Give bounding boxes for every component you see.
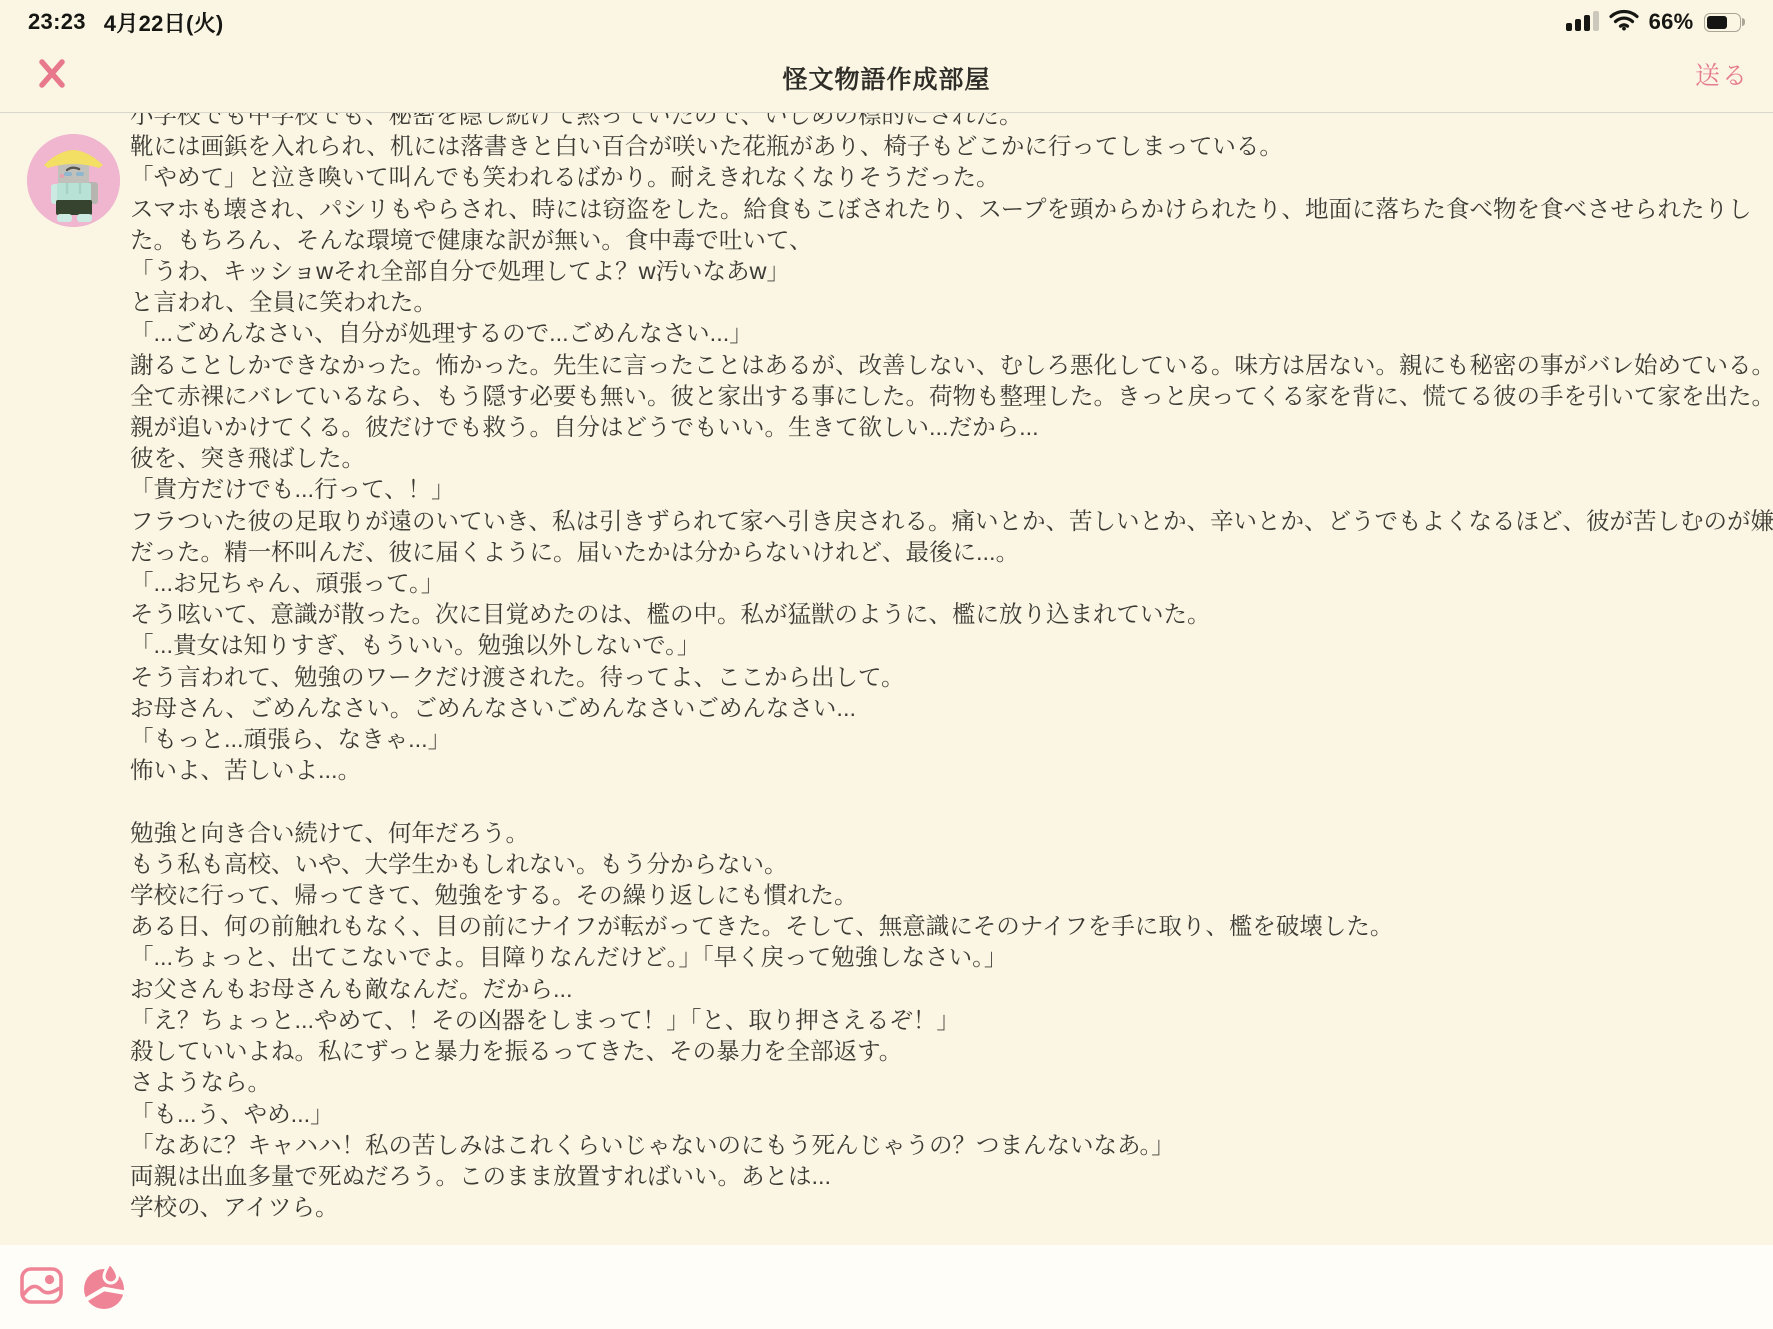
stamp-icon [81,1262,129,1313]
story-line: 小学校でも中学校でも、秘密を隠し続けて黙っていたので、いじめの標的にされた。 [130,112,1765,131]
story-line: 「やめて」と泣き喚いて叫んでも笑われるばかり。耐えきれなくなりそうだった。 [130,162,1765,193]
story-line: 「うわ、キッショwそれ全部自分で処理してよ？w汚いなあw」 [130,256,1765,287]
story-line: 「え？ちょっと...やめて、！その凶器をしまって！」「と、取り押さえるぞ！」 [130,1005,1765,1036]
bottom-toolbar [0,1245,1773,1329]
story-line: お母さん、ごめんなさい。ごめんなさいごめんなさいごめんなさい... [130,693,1765,724]
story-line: と言われ、全員に笑われた。 [130,287,1765,318]
story-line: スマホも壊され、パシリもやらされ、時には窃盗をした。給食もこぼされたり、スープを… [130,194,1765,225]
clock: 23:23 [28,9,86,35]
story-line: もう私も高校、いや、大学生かもしれない。もう分からない。 [130,849,1765,880]
close-icon [35,56,69,93]
story-line: さようなら。 [130,1067,1765,1098]
story-text[interactable]: 小学校でも中学校でも、秘密を隠し続けて黙っていたので、いじめの標的にされた。靴に… [130,113,1765,1223]
story-line: た。もちろん、そんな環境で健康な訳が無い。食中毒で吐いて、 [130,225,1765,256]
story-line: そう呟いて、意識が散った。次に目覚めたのは、檻の中。私が猛獣のように、檻に放り込… [130,599,1765,630]
story-line: だった。精一杯叫んだ、彼に届くように。届いたかは分からないけれど、最後に...。 [130,537,1765,568]
status-bar: 23:23 4月22日(火) 66% [0,0,1773,44]
story-line: 「...お兄ちゃん、頑張って。」 [130,568,1765,599]
battery-percent: 66% [1649,9,1694,35]
cellular-signal-icon [1566,12,1599,33]
page-title: 怪文物語作成部屋 [0,60,1773,96]
story-line: 怖いよ、苦しいよ...。 [130,755,1765,786]
story-line: 殺していいよね。私にずっと暴力を振るってきた、その暴力を全部返す。 [130,1036,1765,1067]
story-line: 「貴方だけでも...行って、！」 [130,474,1765,505]
story-line: 勉強と向き合い続けて、何年だろう。 [130,818,1765,849]
nav-bar: 怪文物語作成部屋 送る [0,44,1773,112]
story-line: 「...貴女は知りすぎ、もういい。勉強以外しないで。」 [130,630,1765,661]
photo-icon [20,1267,63,1307]
story-line: 彼を、突き飛ばした。 [130,443,1765,474]
date: 4月22日(火) [104,7,224,38]
story-line: 全て赤裸にバレているなら、もう隠す必要も無い。彼と家出する事にした。荷物も整理し… [130,381,1765,412]
story-line: 両親は出血多量で死ぬだろう。このまま放置すればいい。あとは... [130,1161,1765,1192]
app-screen: 23:23 4月22日(火) 66% 怪文物語作成部屋 [0,0,1773,1329]
avatar[interactable] [27,134,120,227]
battery-icon [1704,13,1746,32]
send-button[interactable]: 送る [1695,52,1749,96]
story-line: ある日、何の前触れもなく、目の前にナイフが転がってきた。そして、無意識にそのナイ… [130,911,1765,942]
story-line: 親が追いかけてくる。彼だけでも救う。自分はどうでもいい。生きて欲しい...だから… [130,412,1765,443]
story-line: 学校に行って、帰ってきて、勉強をする。その繰り返しにも慣れた。 [130,880,1765,911]
story-line: 「...ちょっと、出てこないでよ。目障りなんだけど。」「早く戻って勉強しなさい。… [130,942,1765,973]
story-line: 謝ることしかできなかった。怖かった。先生に言ったことはあるが、改善しない、むしろ… [130,350,1765,381]
story-line: 「なあに？キャハハ！私の苦しみはこれくらいじゃないのにもう死んじゃうの？つまんな… [130,1130,1765,1161]
stamp-button[interactable] [81,1262,129,1313]
story-line: そう言われて、勉強のワークだけ渡された。待ってよ、ここから出して。 [130,662,1765,693]
story-editor: 小学校でも中学校でも、秘密を隠し続けて黙っていたので、いじめの標的にされた。靴に… [0,112,1773,1245]
close-button[interactable] [30,52,74,96]
story-line: 「...ごめんなさい、自分が処理するので...ごめんなさい...」 [130,318,1765,349]
avatar-character-icon [27,215,120,227]
story-line: 靴には画鋲を入れられ、机には落書きと白い百合が咲いた花瓶があり、椅子もどこかに行… [130,131,1765,162]
photo-picker-button[interactable] [20,1267,63,1307]
wifi-icon [1609,9,1639,36]
story-line: フラついた彼の足取りが遠のいていき、私は引きずられて家へ引き戻される。痛いとか、… [130,506,1765,537]
story-line: お父さんもお母さんも敵なんだ。だから... [130,974,1765,1005]
story-line: 「もっと...頑張ら、なきゃ...」 [130,724,1765,755]
story-line [130,786,1765,817]
story-line: 「も...う、やめ...」 [130,1099,1765,1130]
story-line: 学校の、アイツら。 [130,1192,1765,1223]
